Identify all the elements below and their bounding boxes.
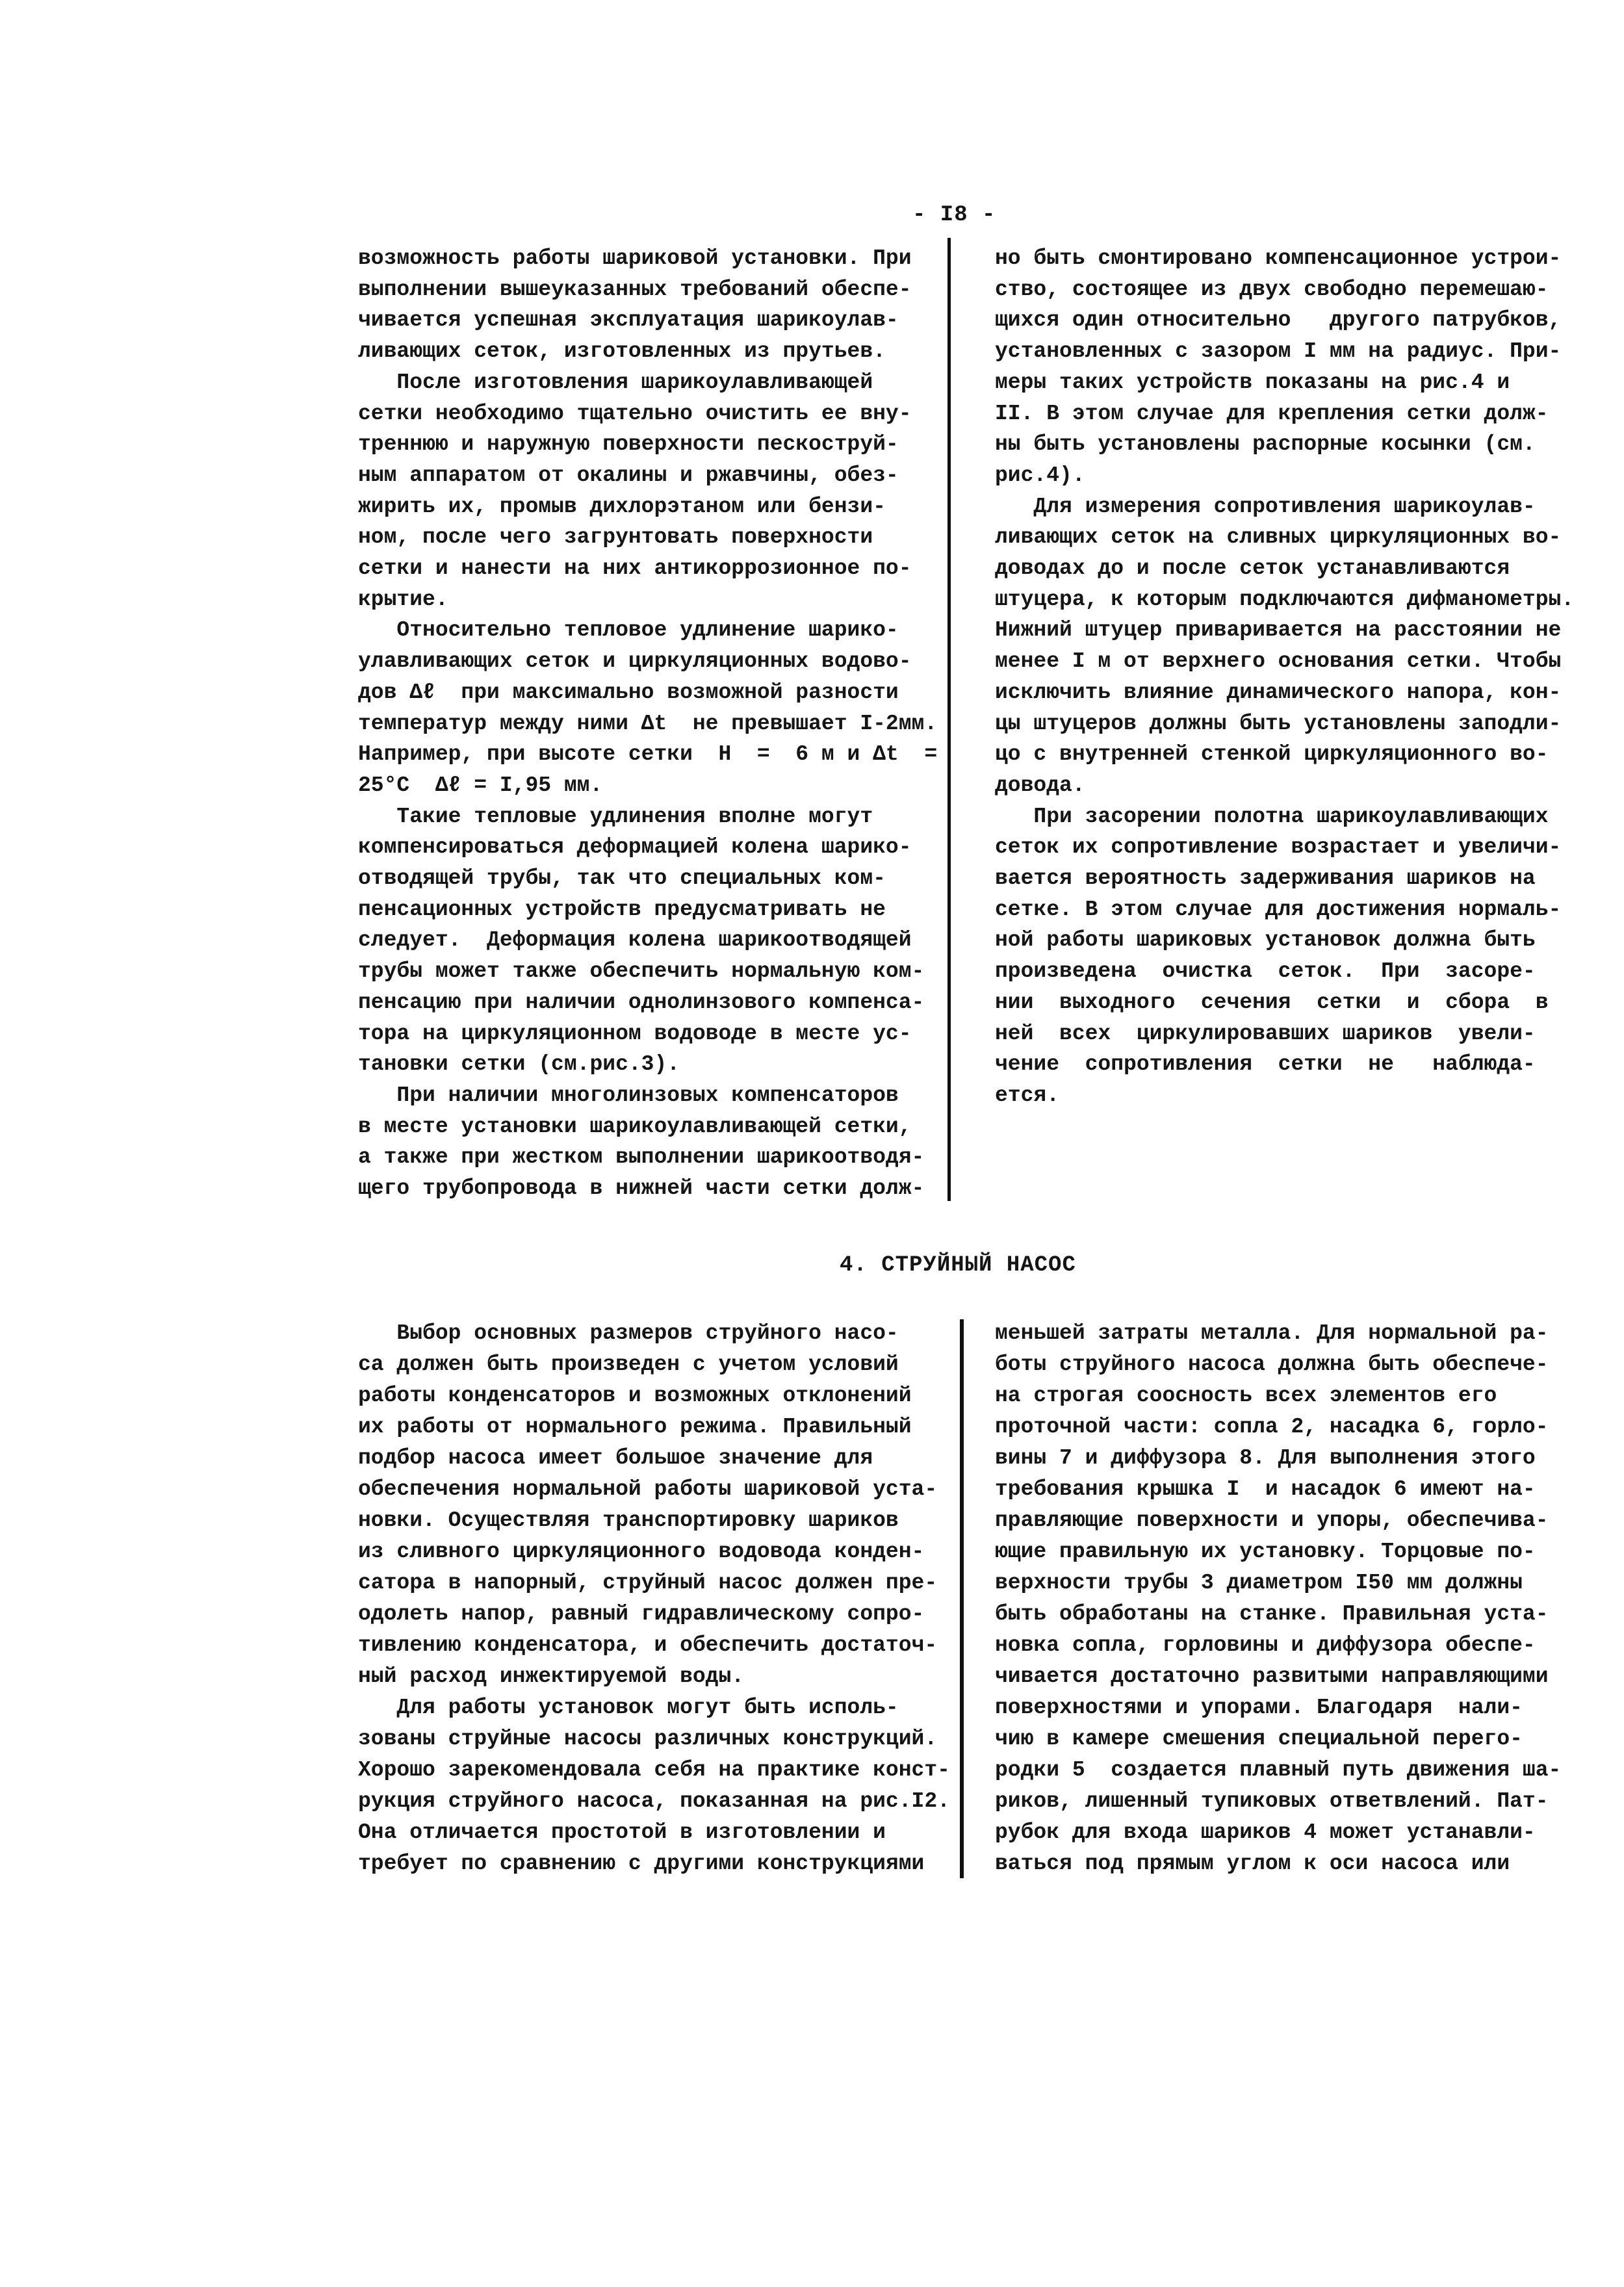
upper-right-text-column: но быть смонтировано компенсационное уст… (995, 243, 1574, 1111)
scanned-document-page: - I8 - возможность работы шариковой уста… (0, 0, 1624, 2287)
upper-left-text-column: возможность работы шариковой установки. … (358, 243, 937, 1204)
column-divider-upper (947, 238, 951, 1201)
lower-left-text-column: Выбор основных размеров струйного насо- … (358, 1318, 950, 1880)
column-divider-lower (960, 1319, 964, 1878)
section-heading: 4. СТРУЙНЫЙ НАСОС (840, 1253, 1076, 1278)
lower-right-text-column: меньшей затраты металла. Для нормальной … (995, 1318, 1561, 1880)
page-number: - I8 - (912, 203, 996, 227)
